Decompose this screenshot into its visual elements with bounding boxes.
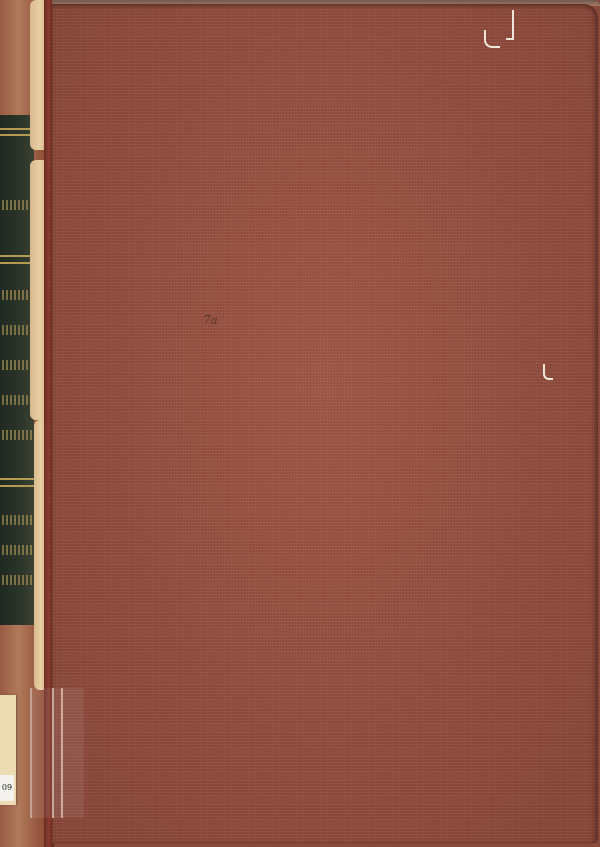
gilt-rule: [0, 255, 34, 257]
scuff-mark: [543, 364, 553, 380]
scuff-mark: [484, 30, 500, 48]
front-cover: [52, 4, 598, 844]
spine-title-text: [2, 200, 32, 210]
gilt-rule: [0, 262, 34, 264]
gilt-rule: [0, 128, 34, 130]
spine-author-text: [2, 515, 32, 525]
scuff-mark: [506, 10, 514, 40]
pencil-mark: 7a: [203, 313, 218, 327]
spine-author-text: [2, 575, 32, 585]
library-label-number: 09: [0, 775, 14, 801]
book-photo: 09 7a: [0, 0, 600, 847]
spine-title-text: [2, 325, 32, 335]
tape-glare: [52, 688, 54, 818]
spine-author-text: [2, 545, 32, 555]
gilt-rule: [0, 485, 34, 487]
gilt-rule: [0, 134, 34, 136]
spine-title-text: [2, 290, 32, 300]
spine-title-text: [2, 395, 32, 405]
spine-title-text: [2, 430, 32, 440]
tape-glare: [61, 688, 63, 818]
spine-title-text: [2, 360, 32, 370]
repair-tape: [30, 688, 84, 818]
gilt-rule: [0, 478, 34, 480]
